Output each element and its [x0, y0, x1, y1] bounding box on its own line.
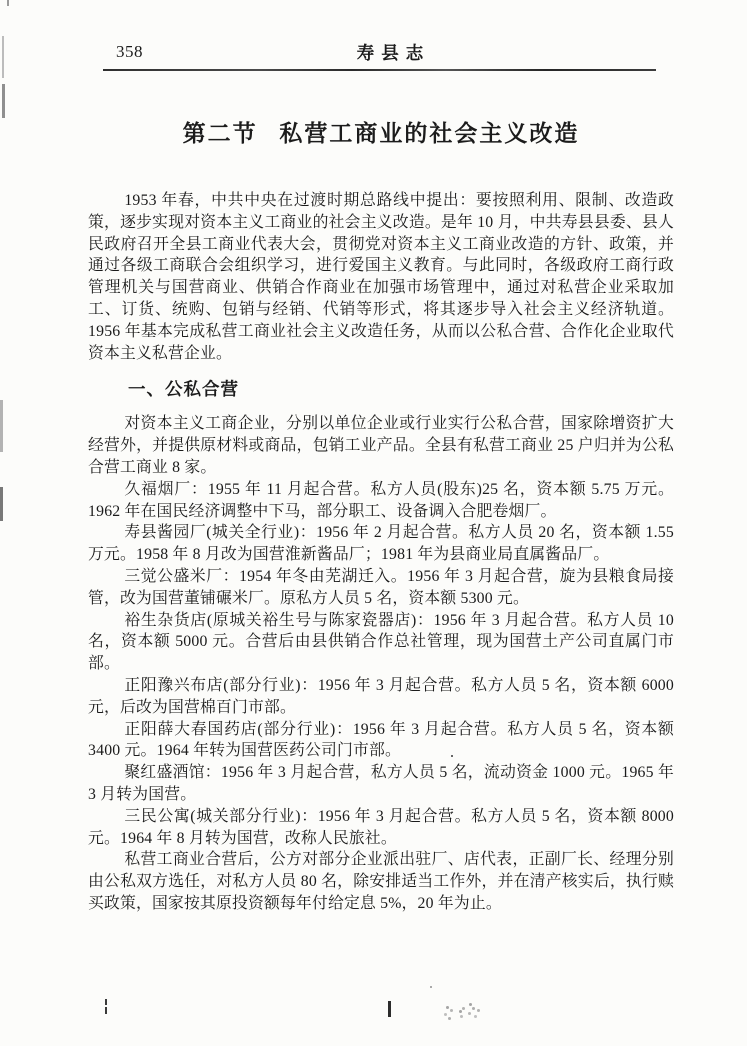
paragraph-yusheng-grocery: 裕生杂货店(原城关裕生号与陈家瓷器店)：1956 年 3 月起合营。私方人员 1… [88, 610, 674, 675]
print-smudge-speckles [469, 1003, 472, 1006]
paragraph-zhengyang-yuxing-cloth-shop: 正阳豫兴布店(部分行业)：1956 年 3 月起合营。私方人员 5 名，资本额 … [88, 675, 674, 719]
scan-edge-mark [7, 0, 9, 6]
paragraph-sanjue-gongsheng-rice-mill: 三觉公盛米厂：1954 年冬由芜湖迁入。1956 年 3 月起合营，旋为县粮食局… [88, 566, 674, 610]
print-smudge-bar [388, 1001, 391, 1017]
scan-spine-edge-segment [0, 400, 3, 452]
paragraph-jiufu-cigarette-factory: 久福烟厂：1955 年 11 月起合营。私方人员(股东)25 名，资本额 5.7… [88, 479, 674, 523]
scan-spine-edge-segment [2, 84, 5, 118]
header-rule [103, 69, 656, 71]
scan-spine-edge-segment [2, 36, 4, 78]
subsection-heading: 一、公私合营 [88, 379, 674, 399]
paragraph-zhengyang-xuedachun-pharmacy: 正阳薛大春国药店(部分行业)：1956 年 3 月起合营。私方人员 5 名，资本… [88, 719, 674, 763]
section-number: 第二节 [183, 121, 258, 146]
print-smudge-speckles [459, 1010, 462, 1013]
paragraph-intro: 1953 年春，中共中央在过渡时期总路线中提出：要按照利用、限制、改造政策，逐步… [88, 190, 674, 364]
paragraph-overview: 对资本主义工商企业，分别以单位企业或行业实行公私合营，国家除增资扩大经营外，并提… [88, 413, 674, 478]
scan-bottom-tick [105, 999, 107, 1014]
print-smudge-speckles [446, 1006, 449, 1009]
section-name: 私营工商业的社会主义改造 [279, 121, 579, 146]
page-number: 358 [116, 42, 143, 62]
scan-spine-edge-segment [0, 487, 3, 521]
book-title: 寿县志 [300, 40, 480, 65]
paragraph-sanmin-apartment: 三民公寓(城关部分行业)：1956 年 3 月起合营。私方人员 5 名，资本额 … [88, 806, 674, 850]
paragraph-shouxian-sauce-factory: 寿县酱园厂(城关全行业)：1956 年 2 月起合营。私方人员 20 名，资本额… [88, 522, 674, 566]
section-title: 第二节私营工商业的社会主义改造 [88, 121, 674, 147]
ink-dot [430, 986, 432, 988]
scanned-book-page: 358 寿县志 第二节私营工商业的社会主义改造 1953 年春，中共中央在过渡时… [0, 0, 747, 1046]
page-body: 第二节私营工商业的社会主义改造 1953 年春，中共中央在过渡时期总路线中提出：… [88, 121, 674, 915]
paragraph-juhongsheng-tavern: 聚红盛酒馆：1956 年 3 月起合营，私方人员 5 名，流动资金 1000 元… [88, 762, 674, 806]
paragraph-closing: 私营工商业合营后，公方对部分企业派出驻厂、店代表，正副厂长、经理分别由公私双方选… [88, 849, 674, 914]
